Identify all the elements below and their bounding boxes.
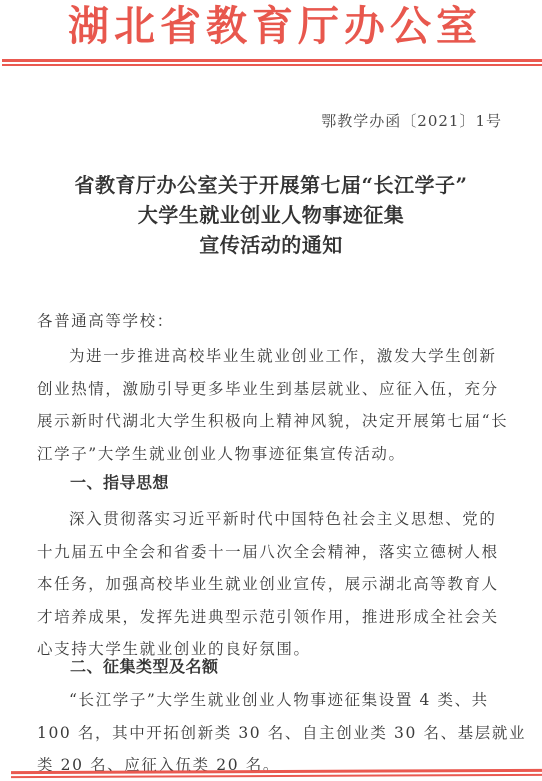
paragraph-line: 深入贯彻落实习近平新时代中国特色社会主义思想、党的 [37, 503, 493, 536]
section-heading-categories-quota: 二、征集类型及名额 [70, 652, 219, 682]
paragraph-line: 创业热情，激励引导更多毕业生到基层就业、应征入伍，充分 [37, 373, 493, 406]
intro-paragraph: 为进一步推进高校毕业生就业创业工作，激发大学生创新 创业热情，激励引导更多毕业生… [37, 340, 493, 470]
paragraph-line: 为进一步推进高校毕业生就业创业工作，激发大学生创新 [37, 340, 493, 373]
rule-thick-line [2, 59, 542, 62]
issuing-office-title: 湖北省教育厅办公室 [60, 0, 482, 52]
paragraph-line: 本任务，加强高校毕业生就业创业宣传，展示湖北高等教育人 [37, 568, 493, 601]
paragraph-line: 江学子”大学生就业创业人物事迹征集宣传活动。 [37, 438, 493, 471]
paragraph-line: 100 名，其中开拓创新类 30 名、自主创业类 30 名、基层就业 [37, 717, 493, 750]
title-line: 省教育厅办公室关于开展第七届“长江学子” [0, 170, 542, 200]
title-line: 大学生就业创业人物事迹征集 [0, 200, 542, 230]
paragraph-line: 十九届五中全会和省委十一届八次全会精神，落实立德树人根 [37, 536, 493, 569]
section-paragraph-categories-quota: “长江学子”大学生就业创业人物事迹征集设置 4 类、共 100 名，其中开拓创新… [37, 684, 493, 781]
paragraph-line: 才培养成果，发挥先进典型示范引领作用，推进形成全社会关 [37, 601, 493, 634]
paragraph-line: 展示新时代湖北大学生积极向上精神风貌，决定开展第七届“长 [37, 405, 493, 438]
masthead: 湖北省教育厅办公室 [0, 0, 542, 52]
rule-thin-line [2, 64, 542, 66]
section-heading-guiding-ideology: 一、指导思想 [70, 468, 169, 498]
document-title: 省教育厅办公室关于开展第七届“长江学子” 大学生就业创业人物事迹征集 宣传活动的… [0, 170, 542, 260]
red-header-rule [2, 59, 542, 67]
document-number: 鄂教学办函〔2021〕1号 [321, 110, 502, 131]
title-line: 宣传活动的通知 [0, 230, 542, 260]
paragraph-line: “长江学子”大学生就业创业人物事迹征集设置 4 类、共 [37, 684, 493, 717]
section-paragraph-guiding-ideology: 深入贯彻落实习近平新时代中国特色社会主义思想、党的 十九届五中全会和省委十一届八… [37, 503, 493, 666]
salutation: 各普通高等学校： [37, 305, 493, 338]
